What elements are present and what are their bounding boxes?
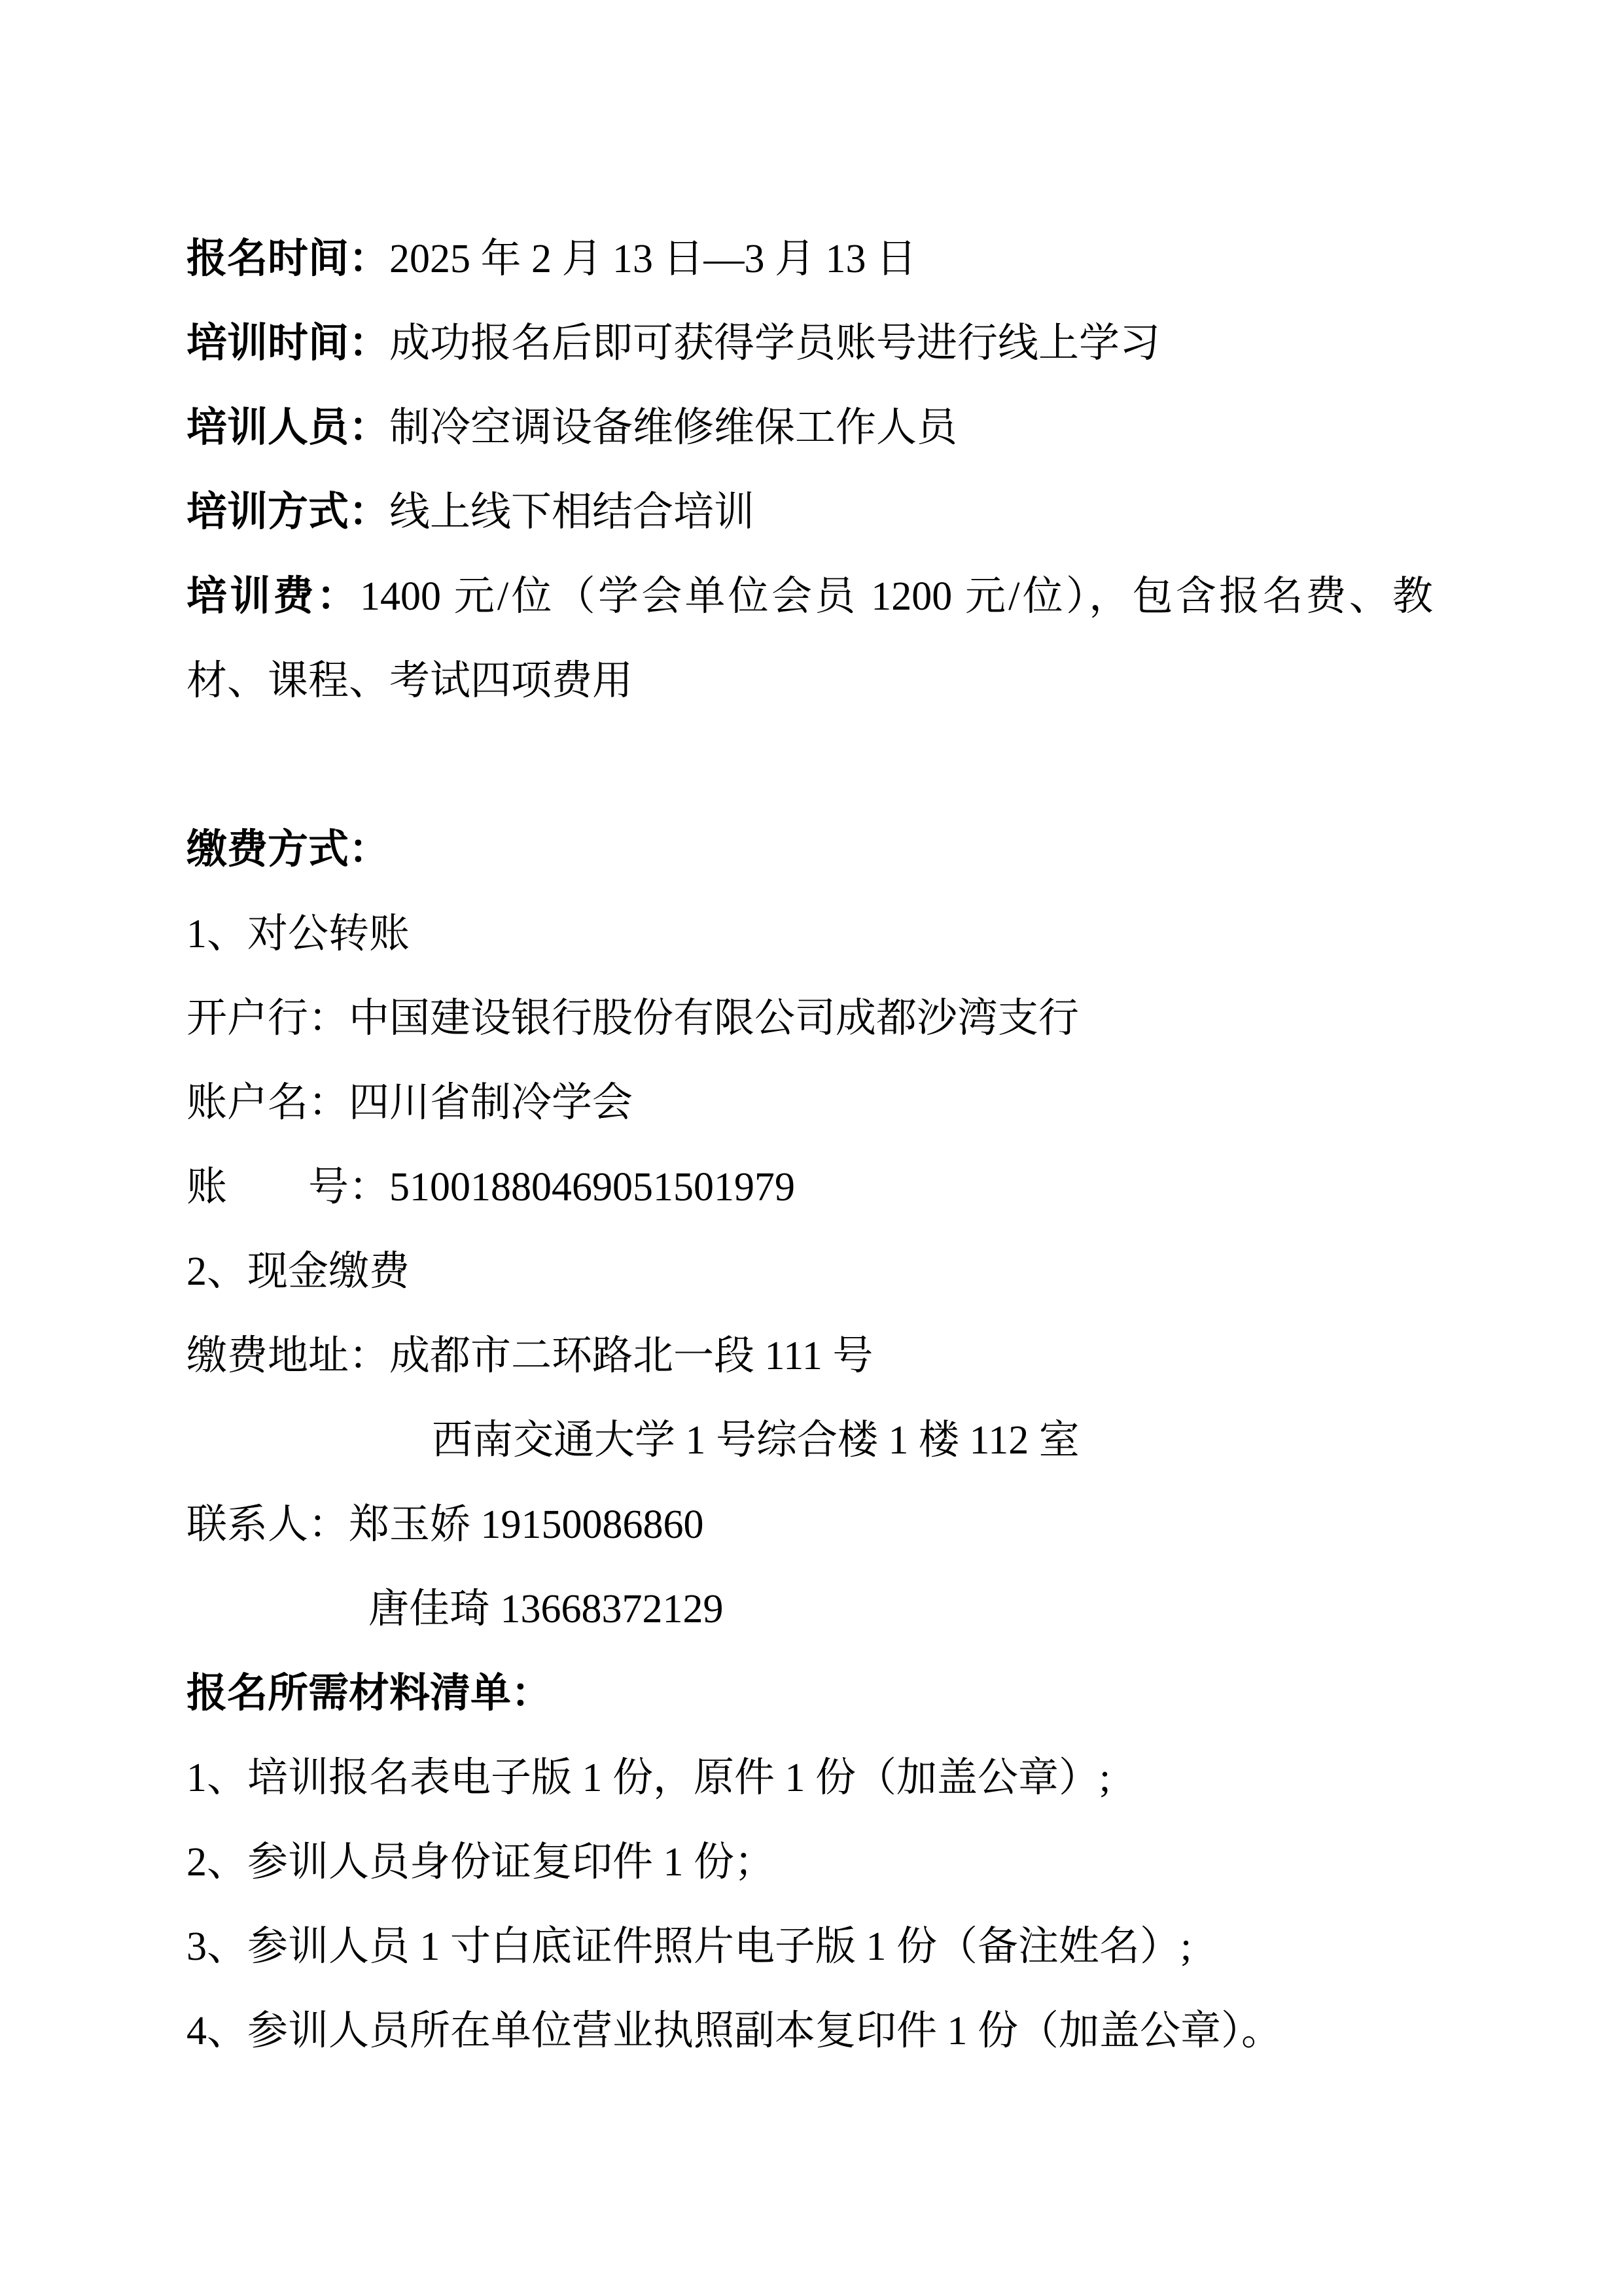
info-label: 培训人员： — [186, 406, 389, 450]
info-label: 培训时间： — [186, 321, 389, 366]
account-name-line: 账户名：四川省制冷学会 — [186, 1061, 1433, 1145]
material-item-4: 4、参训人员所在单位营业执照副本复印件 1 份（加盖公章）。 — [186, 1989, 1433, 2074]
bank-name-line: 开户行：中国建设银行股份有限公司成都沙湾支行 — [186, 977, 1433, 1061]
payment-method-heading: 缴费方式： — [186, 808, 1433, 892]
payment-address-line-2: 西南交通大学 1 号综合楼 1 楼 112 室 — [186, 1399, 1433, 1483]
material-item-2: 2、参训人员身份证复印件 1 份； — [186, 1820, 1433, 1905]
account-number-line: 账 号：51001880469051501979 — [186, 1145, 1433, 1230]
contact-line-1: 联系人：郑玉娇 19150086860 — [186, 1483, 1433, 1567]
material-item-3: 3、参训人员 1 寸白底证件照片电子版 1 份（备注姓名）; — [186, 1905, 1433, 1989]
info-value: 成功报名后即可获得学员账号进行线上学习 — [389, 321, 1160, 366]
info-label: 培训费： — [186, 574, 360, 619]
payment-method-2: 2、现金缴费 — [186, 1230, 1433, 1314]
info-line-training-method: 培训方式：线上线下相结合培训 — [186, 470, 1433, 555]
contact-line-2: 唐佳琦 13668372129 — [186, 1567, 1433, 1652]
info-value: 线上线下相结合培训 — [389, 490, 754, 534]
document-page: 报名时间：2025 年 2 月 13 日—3 月 13 日 培训时间：成功报名后… — [0, 0, 1624, 2296]
payment-address-line-1: 缴费地址：成都市二环路北一段 111 号 — [186, 1314, 1433, 1399]
info-value: 制冷空调设备维修维保工作人员 — [389, 406, 957, 450]
materials-heading: 报名所需材料清单： — [186, 1652, 1433, 1736]
info-label: 培训方式： — [186, 490, 389, 534]
info-value: 1400 元/位（学会单位会员 1200 元/位），包含报名费、教材、课程、考试… — [186, 574, 1433, 703]
info-value: 2025 年 2 月 13 日—3 月 13 日 — [389, 237, 917, 281]
info-line-trainees: 培训人员：制冷空调设备维修维保工作人员 — [186, 386, 1433, 470]
material-item-1: 1、培训报名表电子版 1 份，原件 1 份（加盖公章）; — [186, 1736, 1433, 1820]
info-label: 报名时间： — [186, 237, 389, 281]
info-line-registration-time: 报名时间：2025 年 2 月 13 日—3 月 13 日 — [186, 217, 1433, 302]
info-line-training-time: 培训时间：成功报名后即可获得学员账号进行线上学习 — [186, 302, 1433, 386]
payment-method-1: 1、对公转账 — [186, 892, 1433, 977]
info-line-training-fee: 培训费：1400 元/位（学会单位会员 1200 元/位），包含报名费、教材、课… — [186, 555, 1433, 723]
